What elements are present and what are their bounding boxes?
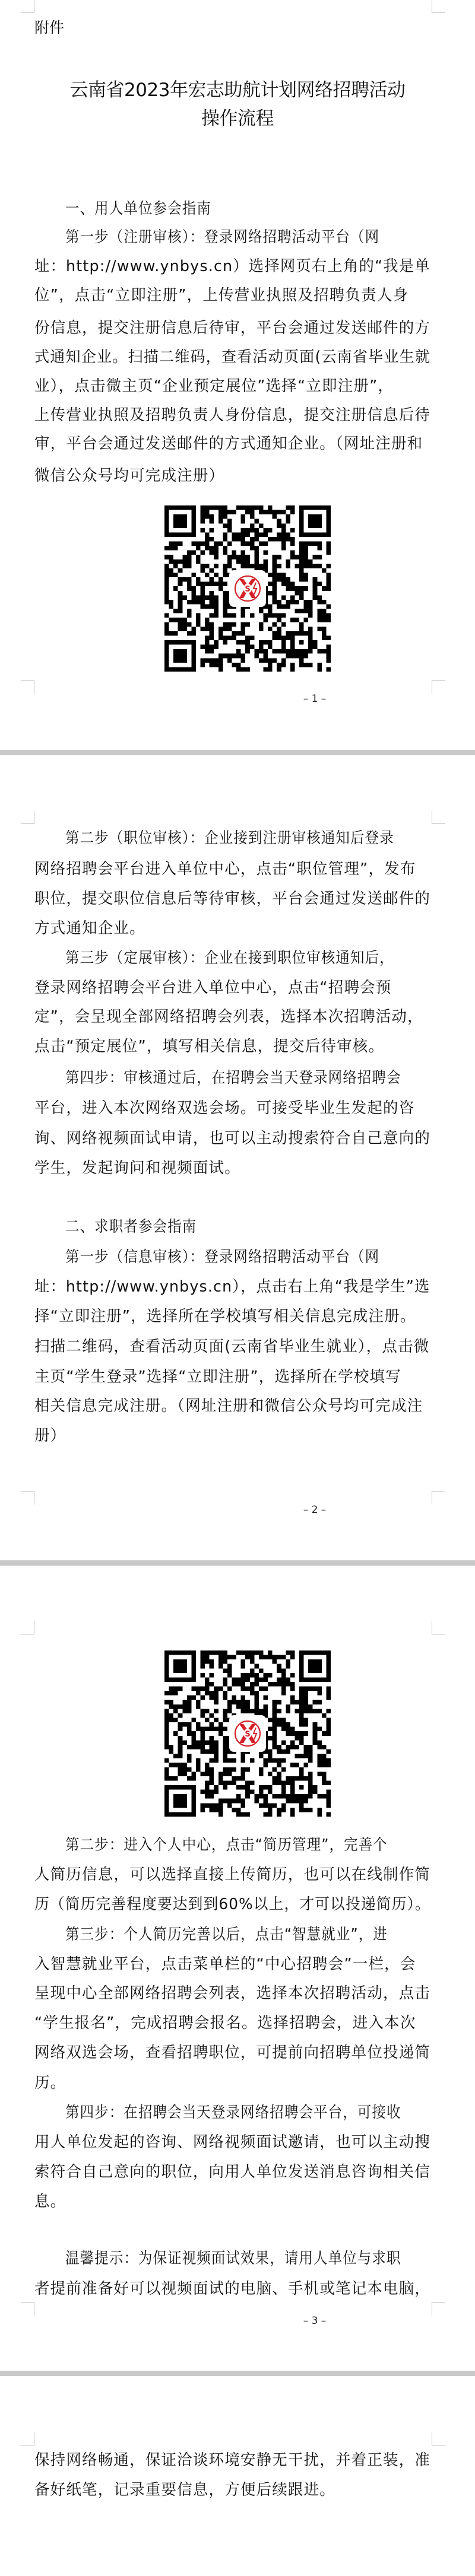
page-1: 附件 云南省2023年宏志助航计划网络招聘活动 操作流程 一、用人单位参会指南 … xyxy=(0,0,475,750)
page-number: – 2 – xyxy=(291,1504,338,1516)
section-heading-employers: 一、用人单位参会指南 xyxy=(65,199,430,219)
paragraph-line: 呈现中心全部网络招聘会列表，选择本次招聘活动，点击 xyxy=(34,1983,430,2003)
paragraph-line: 职位，提交职位信息后等待审核，平台会通过发送邮件的 xyxy=(34,889,430,909)
paragraph-line: 平台，进入本次网络双选会场。可接受毕业生发起的咨 xyxy=(34,1098,430,1118)
margin-corner-mark xyxy=(432,1491,445,1505)
margin-corner-mark xyxy=(21,1621,34,1634)
paragraph-line: 用人单位发起的咨询、网络视频面试邀请，也可以主动搜 xyxy=(34,2132,430,2152)
page-number: – 3 – xyxy=(291,2315,338,2327)
margin-corner-mark xyxy=(432,2432,445,2445)
document-title-line1: 云南省2023年宏志助航计划网络招聘活动 xyxy=(0,78,475,102)
paragraph-line: 微信公众号均可完成注册） xyxy=(34,466,430,486)
paragraph-line: 第二步（职位审核）：企业接到注册审核通知后登录 xyxy=(65,828,430,848)
page-2: 第二步（职位审核）：企业接到注册审核通知后登录 网络招聘会平台进入单位中心，点击… xyxy=(0,755,475,1560)
paragraph-line: 定”，会呈现全部网络招聘会列表，选择本次招聘活动， xyxy=(34,1007,430,1027)
page-4: 保持网络畅通，保证洽谈环境安静无干扰，并着正装，准 备好纸笔，记录重要信息，方便… xyxy=(0,2376,475,2576)
tip-line: 保持网络畅通，保证洽谈环境安静无干扰，并着正装，准 xyxy=(34,2450,430,2470)
paragraph-line: 上传营业执照及招聘负责人身份信息，提交注册信息后待 xyxy=(34,405,430,425)
margin-corner-mark xyxy=(21,810,34,824)
paragraph-line: 位”，点击“立即注册”，上传营业执照及招聘负责人身 xyxy=(34,285,430,306)
margin-corner-mark xyxy=(432,1621,445,1634)
tip-line: 温馨提示：为保证视频面试效果，请用人单位与求职 xyxy=(65,2249,430,2269)
paragraph-line: 询、网络视频面试申请，也可以主动搜索符合自己意向的 xyxy=(34,1128,430,1149)
svg-text:S: S xyxy=(245,585,250,594)
paragraph-line: 主页“学生登录”选择“立即注册”，选择所在学校填写 xyxy=(34,1367,430,1387)
paragraph-line: 扫描二维码，查看活动页面(云南省毕业生就业），点击微 xyxy=(34,1337,430,1357)
paragraph-line: 登录网络招聘会平台进入单位中心，点击“招聘会预 xyxy=(34,978,430,998)
page-separator xyxy=(0,750,475,755)
svg-text:S: S xyxy=(245,1730,250,1739)
brand-logo-icon: S xyxy=(229,1715,266,1752)
tip-line: 备好纸笔，记录重要信息，方便后续跟进。 xyxy=(34,2480,430,2500)
paragraph-line: 第一步（信息审核）：登录网络招聘活动平台（网 xyxy=(65,1247,430,1267)
margin-corner-mark xyxy=(432,810,445,824)
page-separator xyxy=(0,1560,475,1566)
paragraph-line: 索符合自己意向的职位，向用人单位发送消息咨询相关信 xyxy=(34,2162,430,2182)
document-title-line2: 操作流程 xyxy=(0,107,475,131)
qr-code-jobseeker: S xyxy=(164,1650,331,1817)
margin-corner-mark xyxy=(21,680,34,694)
xs-logo-icon: S xyxy=(233,1719,262,1748)
paragraph-line: 择“立即注册”，选择所在学校填写相关信息完成注册。 xyxy=(34,1306,430,1327)
paragraph-line: 份信息，提交注册信息后待审，平台会通过发送邮件的方 xyxy=(34,318,430,338)
paragraph-line: 第四步：在招聘会当天登录网络招聘会平台，可接收 xyxy=(65,2103,430,2123)
margin-corner-mark xyxy=(432,680,445,694)
paragraph-line: 第四步：审核通过后，在招聘会当天登录网络招聘会 xyxy=(65,1068,430,1088)
paragraph-line: 审，平台会通过发送邮件的方式通知企业。（网址注册和 xyxy=(34,434,430,454)
margin-corner-mark xyxy=(432,2302,445,2316)
margin-corner-mark xyxy=(21,2432,34,2445)
paragraph-line: 历。 xyxy=(34,2073,430,2093)
paragraph-line: 第一步（注册审核）：登录网络招聘活动平台（网 xyxy=(65,227,430,247)
paragraph-line: 息。 xyxy=(34,2192,430,2212)
tip-line: 者提前准备好可以视频面试的电脑、手机或笔记本电脑， xyxy=(34,2279,430,2299)
qr-code-employer: S xyxy=(164,505,331,672)
margin-corner-mark xyxy=(21,2302,34,2316)
paragraph-line: 址：http://www.ynbys.cn）选择网页右上角的“我是单 xyxy=(34,256,428,276)
paragraph-line: 入智慧就业平台，点击菜单栏的“中心招聘会”一栏，会 xyxy=(34,1954,430,1974)
paragraph-line: 第二步：进入个人中心，点击“简历管理”，完善个 xyxy=(65,1835,430,1855)
margin-corner-mark xyxy=(21,1491,34,1505)
brand-logo-icon: S xyxy=(229,570,266,607)
paragraph-line: 人简历信息，可以选择直接上传简历，也可以在线制作简 xyxy=(34,1865,430,1885)
page-number: – 1 – xyxy=(291,693,338,705)
paragraph-line: “学生报名”，完成招聘会报名。选择招聘会，进入本次 xyxy=(34,2013,430,2033)
section-heading-jobseekers: 二、求职者参会指南 xyxy=(65,1217,430,1237)
paragraph-line: 册） xyxy=(34,1426,430,1446)
paragraph-line: 相关信息完成注册。（网址注册和微信公众号均可完成注 xyxy=(34,1396,430,1416)
paragraph-line: 第三步（定展审核）：企业在接到职位审核通知后， xyxy=(65,948,430,968)
paragraph-line: 网络双选会场，查看招聘职位，可提前向招聘单位投递简 xyxy=(34,2043,430,2063)
paragraph-line: 学生，发起询问和视频面试。 xyxy=(34,1158,430,1178)
paragraph-line: 业），点击微主页“企业预定展位”选择“立即注册”， xyxy=(34,376,430,396)
xs-logo-icon: S xyxy=(233,574,262,603)
paragraph-line: 第三步：个人简历完善以后，点击“智慧就业”，进 xyxy=(65,1925,430,1945)
annex-label: 附件 xyxy=(34,18,64,38)
paragraph-line: 点击“预定展位”，填写相关信息，提交后待审核。 xyxy=(34,1036,430,1057)
paragraph-line: 方式通知企业。 xyxy=(34,918,430,939)
paragraph-line: 网络招聘会平台进入单位中心，点击“职位管理”，发布 xyxy=(34,859,430,879)
page-3: S 第二步：进入个人中心，点击“简历管理”，完善个 人简历信息，可以选择直接上传… xyxy=(0,1566,475,2371)
paragraph-line: 址：http://www.ynbys.cn），点击右上角“我是学生”选 xyxy=(34,1277,427,1297)
paragraph-line: 式通知企业。扫描二维码，查看活动页面(云南省毕业生就 xyxy=(34,347,424,367)
margin-corner-mark xyxy=(21,0,34,13)
page-separator xyxy=(0,2371,475,2376)
margin-corner-mark xyxy=(432,0,445,13)
paragraph-line: 历（简历完善程度要达到到60%以上，才可以投递简历）。 xyxy=(34,1894,419,1914)
